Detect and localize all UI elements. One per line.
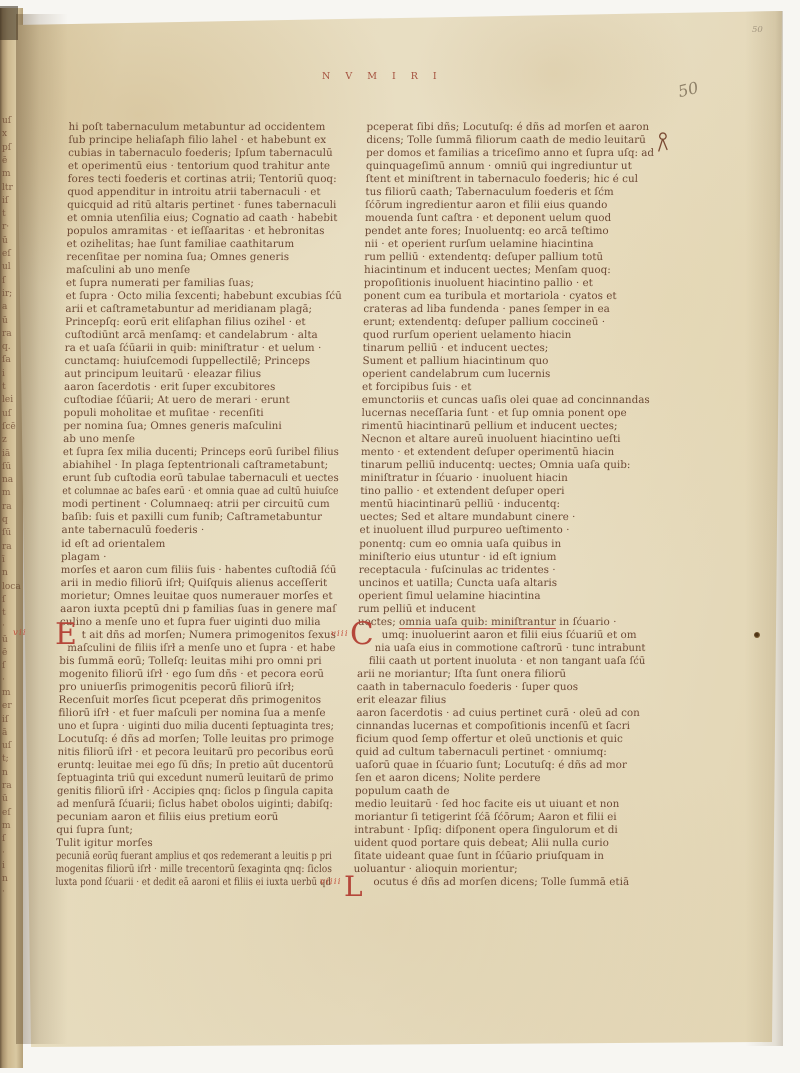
text-line: ponent cum ea turibula et mortariola · c… xyxy=(364,290,652,303)
text-line: populi moholitae et muſitae · recenſiti xyxy=(63,407,339,420)
facing-page-fragment: t xyxy=(2,382,6,392)
text-line: recenſitae per nomina ſua; Omnes generis xyxy=(66,251,342,264)
text-line: per nomina ſua; Omnes generis maſculini xyxy=(63,420,339,433)
facing-page-fragment: m xyxy=(2,169,11,179)
text-line: uoluantur · alioquin morientur; xyxy=(354,863,642,876)
text-line: tus filiorū caath; Tabernaculum foederis… xyxy=(365,186,653,199)
facing-page-fragment: · xyxy=(2,848,5,858)
facing-page-fragment: i xyxy=(2,861,5,871)
text-line: cunctamq: huiuſcemodi ſuppellectilē; Pri… xyxy=(64,355,340,368)
text-line: luxta pond ſćuarii · et dedit eā aaroni … xyxy=(55,876,286,889)
text-line: et operimentū eius · tentorium quod trah… xyxy=(68,160,344,173)
facing-page-fragment: iā xyxy=(2,449,10,459)
text-line: abiahihel · In plaga ſeptentrionali caſt… xyxy=(63,459,339,472)
text-line: cubias in tabernaculo foederis; Ipſum ta… xyxy=(68,147,344,160)
text-line: plagam · xyxy=(61,551,337,564)
text-line: et forcipibus ſuis · et xyxy=(362,381,650,394)
facing-page-fragment: ſa xyxy=(2,355,11,365)
text-line: arii et caſtrametabuntur ad meridianam p… xyxy=(65,303,341,316)
text-line: id eſt ad orientalem xyxy=(61,538,337,551)
facing-page-fragment: m xyxy=(2,688,11,698)
text-line: Princepſq: eorū erit eliſaphan filius oz… xyxy=(65,316,341,329)
text-line: intrabunt · Ipſiq: diſponent opera ſingu… xyxy=(354,824,642,837)
text-line: cuſtodiae ſćūarii; At uero de merari · e… xyxy=(64,394,340,407)
text-line: nia uaſa eius in commotione caſtrorū · t… xyxy=(357,642,635,655)
text-line: quid ad cultum tabernaculi pertinet · om… xyxy=(356,746,644,759)
wormhole xyxy=(754,632,760,638)
text-line: uectes; omnia uaſa quib: miniſtrantur in… xyxy=(358,616,646,629)
facing-page-fragment: m xyxy=(2,488,11,498)
text-line: ſen et aaron dicens; Nolite perdere xyxy=(355,772,643,785)
text-line: ſub principe heliaſaph filio lahel · et … xyxy=(68,134,344,147)
facing-page-fragment: ſū xyxy=(2,528,11,538)
facing-page-fragment: i xyxy=(2,369,5,379)
facing-page-fragment: ſ xyxy=(2,661,5,671)
facing-page-fragment: ū xyxy=(2,236,8,246)
text-line: bis ſummā eorū; Tolleſq: leuitas mihi pr… xyxy=(59,655,335,668)
text-line: miniſtratur in ſćuario · inuoluent hiaci… xyxy=(360,472,648,485)
manuscript-scan: { "document": { "running_title": "N V M … xyxy=(0,0,800,1073)
chapter-initial-L: L xyxy=(344,873,363,901)
expunction-underline: omnia uaſa quib: miniſtrantur xyxy=(399,616,556,629)
text-line: ab uno menſe xyxy=(63,433,339,446)
text-line: dicens; Tolle ſummā filiorum caath de me… xyxy=(366,134,654,147)
facing-page-fragment: uſ xyxy=(2,116,11,126)
text-line: aaron ſacerdotis · ad cuius pertinet cur… xyxy=(356,707,644,720)
facing-page-fragment: ī xyxy=(2,555,5,565)
corner-folio-number: 50 xyxy=(752,25,763,35)
facing-page-fragment: ra xyxy=(2,781,12,791)
text-line: et omnia utenſilia eius; Cognatio ad caa… xyxy=(67,212,343,225)
text-line: cuſtodiūnt arcā menſamq: et candelabrum … xyxy=(65,329,341,342)
facing-page-fragment: · xyxy=(2,621,5,631)
text-line: hiacintinum et inducent uectes; Menſam q… xyxy=(364,264,652,277)
text-line: pecuniam aaron et filiis eius pretium eo… xyxy=(56,811,332,824)
text-line: pendet ante fores; Inuoluentq: eo arcā t… xyxy=(365,225,653,238)
text-line: populum caath de xyxy=(355,785,643,798)
facing-page-fragment: a xyxy=(2,302,7,312)
text-line: hi poſt tabernaculum metabuntur ad occid… xyxy=(68,121,344,134)
binding-corner-shadow xyxy=(0,6,18,40)
facing-page-fragment: z xyxy=(2,435,7,445)
text-line: emunctoriis et cuncas uaſis olei quae ad… xyxy=(362,394,650,407)
text-line: ante tabernaculū foederis · xyxy=(61,524,337,537)
text-line: morietur; Omnes leuitae quos numerauer m… xyxy=(60,590,336,603)
text-line: operient ſimul uelamine hiacintina xyxy=(358,590,646,603)
text-line: ficium quod ſemp offertur et oleū unctio… xyxy=(356,733,644,746)
text-line: Sument et pallium hiacintinum quo xyxy=(362,355,650,368)
text-line: filii caath ut portent inuoluta · et non… xyxy=(357,655,636,668)
facing-page-fragment: t; xyxy=(2,754,9,764)
text-line: crateras ad liba fundenda · panes ſemper… xyxy=(363,303,651,316)
text-line: tino pallio · et extendent deſuper operi xyxy=(360,485,648,498)
text-line: mogenitas filiorū iſrł · mille trecentor… xyxy=(56,863,299,876)
facing-page-fragment: · xyxy=(2,887,5,897)
text-line: medio leuitarū · ſed hoc facite eis ut u… xyxy=(355,798,643,811)
facing-page-fragment: ſ xyxy=(2,834,5,844)
chapter-numeral-vii: vii xyxy=(13,628,27,638)
text-line: et ſupra ſex milia ducenti; Princeps eor… xyxy=(63,446,334,459)
text-line: per domos et familias a triceſimo anno e… xyxy=(366,147,653,160)
text-line: qui ſupra ſunt; xyxy=(56,824,332,837)
text-line: aaron ſacerdotis · erit ſuper excubitore… xyxy=(64,381,340,394)
text-line: ſćōrum ingredientur aaron et filii eius … xyxy=(365,199,653,212)
text-line: ponentq: cum eo omnia uaſa quibus in xyxy=(359,538,647,551)
facing-page-fragment: iſ xyxy=(2,196,8,206)
text-line: et ſupra · Octo milia ſexcenti; habebunt… xyxy=(66,290,341,303)
facing-page-fragment: uſ xyxy=(2,741,11,751)
chapter-initial-C: C xyxy=(350,619,374,650)
text-line: t ait dñs ad morſen; Numera primogenitos… xyxy=(60,629,336,642)
facing-page-fragment: ra xyxy=(2,502,12,512)
facing-page-fragment: iſ xyxy=(2,715,8,725)
text-line: modi pertinent · Columnaeq: atrii per ci… xyxy=(62,498,338,511)
text-line: Locutuſq: é dñs ad morſen; Tolle leuitas… xyxy=(58,733,332,746)
facing-page-fragment: ul xyxy=(2,262,11,272)
text-line: moriantur ſi tetigerint ſćā ſćōrum; Aaro… xyxy=(354,811,642,824)
facing-page-fragment: q. xyxy=(2,342,11,352)
text-line: ſitate uideant quae ſunt in ſćūario priu… xyxy=(354,850,642,863)
text-line: genitis filiorū iſrł · Accipies qnq: ſic… xyxy=(57,785,323,798)
text-line: erit eleazar filius xyxy=(356,694,644,707)
text-column-left: hi poſt tabernaculum metabuntur ad occid… xyxy=(55,121,344,889)
text-line: aut principum leuitarū · eleazar filius xyxy=(64,368,340,381)
text-line: mentū hiacintinarū pelliū · inducentq: xyxy=(360,498,648,511)
facing-page-fragment: lei xyxy=(2,395,13,405)
facing-page-fragment: ſū xyxy=(2,462,11,472)
facing-page-fragment: ē xyxy=(2,648,7,658)
facing-page-fragment: er xyxy=(2,701,12,711)
facing-page-fragment: ſ xyxy=(2,276,5,286)
text-line: mogenito filiorū iſrł · ego ſum dñs · et… xyxy=(59,668,335,681)
facing-page-fragment: q xyxy=(2,515,8,525)
text-line: operient candelabrum cum lucernis xyxy=(362,368,650,381)
facing-page-fragment: ſcē xyxy=(2,422,16,432)
text-column-right: pceperat ſibi dñs; Locutuſq: é dñs ad mo… xyxy=(353,121,654,889)
facing-page-fragment: na xyxy=(2,475,13,485)
text-line: uaſorū quae in ſćuario ſunt; Locutuſq: é… xyxy=(355,759,643,772)
text-line: miniſterio eius utuntur · id eſt ignium xyxy=(359,551,647,564)
text-line: baſib: ſuis et paxilli cum funib; Caſtra… xyxy=(62,511,338,524)
facing-page-fragment: ſ xyxy=(2,595,5,605)
facing-page-fragment: ū xyxy=(2,794,8,804)
text-line: mouenda ſunt caſtra · et deponent uelum … xyxy=(365,212,653,225)
text-line: lucernas neceſſaria ſunt · et ſup omnia … xyxy=(361,407,649,420)
text-line: caath in tabernaculo foederis · ſuper qu… xyxy=(357,681,645,694)
text-line: uno et ſupra · uiginti duo milia ducenti… xyxy=(58,720,316,733)
text-line: uident quod portare quis debeat; Alii nu… xyxy=(354,837,642,850)
text-line: et ozihelitas; hae ſunt familiae caathit… xyxy=(66,238,342,251)
text-line: pceperat ſibi dñs; Locutuſq: é dñs ad mo… xyxy=(366,121,654,134)
text-line: mento · et extendent deſuper operimentū … xyxy=(361,446,649,459)
facing-page-fragment: n xyxy=(2,768,8,778)
text-line: populos amramitas · et ieſſaaritas · et … xyxy=(67,225,343,238)
text-line: ad menſurā ſćuarii; ſiclus habet obolos … xyxy=(57,798,325,811)
text-line: fores tecti foederis et cortinas atrii; … xyxy=(68,173,344,186)
facing-page-fragment: m xyxy=(2,821,11,831)
facing-page-fragment: · xyxy=(2,675,5,685)
text-line: propoſitionis inuoluent hiacintino palli… xyxy=(364,277,652,290)
facing-page-fragment: ū xyxy=(2,635,8,645)
text-line: quinquageſimū annum · omniū qui ingrediu… xyxy=(366,160,654,173)
text-line: et ſupra numerati per familias ſuas; xyxy=(66,277,342,290)
chapter-numeral-viiii: viiii xyxy=(320,877,342,887)
facing-page-fragment: t xyxy=(2,608,6,618)
facing-page-fragment: ra xyxy=(2,542,12,552)
text-line: nitis filiorū iſrł · et pecora leuitarū … xyxy=(58,746,326,759)
text-line: maſculini de filiis iſrł a menſe uno et … xyxy=(59,642,330,655)
text-line: rum pelliū et inducent xyxy=(358,603,646,616)
running-title: N V M I R I xyxy=(322,71,443,82)
text-line: erunt; extendentq: deſuper pallium cocci… xyxy=(363,316,651,329)
facing-page-fragment: n xyxy=(2,874,8,884)
text-line: culino a menſe uno et ſupra fuer uiginti… xyxy=(60,616,336,629)
text-line: Tulit igitur morſes xyxy=(56,837,332,850)
facing-page-fragment: ū xyxy=(2,316,8,326)
text-line: receptacula · fuſcinulas ac tridentes · xyxy=(359,564,647,577)
text-line: quod appenditur in introitu atrii tabern… xyxy=(67,186,343,199)
text-line: uncinos et uatilla; Cuncta uaſa altaris xyxy=(359,577,647,590)
text-line: umq: inuoluerint aaron et filii eius ſću… xyxy=(358,629,646,642)
text-line: et columnae ac baſes earū · et omnia qua… xyxy=(62,485,306,498)
text-line: Recenſuit morſes ſicut pceperat dñs prim… xyxy=(58,694,334,707)
text-line: arii ne moriantur; Iſta ſunt onera filio… xyxy=(357,668,645,681)
text-line: quicquid ad ritū altaris pertinet · fune… xyxy=(67,199,343,212)
chapter-numeral-viii: viii xyxy=(331,629,349,639)
text-line: nii · et operient rurſum uelamine hiacin… xyxy=(364,238,652,251)
text-line: morſes et aaron cum filiis ſuis · habent… xyxy=(61,564,331,577)
facing-page-fragment: pſ xyxy=(2,143,11,153)
text-line: pecuniā eorūq fuerant amplius et qos red… xyxy=(56,850,283,863)
text-line: pro uniuerſis primogenitis pecorū filior… xyxy=(59,681,335,694)
facing-page-fragment: ltr xyxy=(2,183,13,193)
text-line: aaron iuxta pceptū dni p familias ſuas i… xyxy=(60,603,336,616)
facing-page-fragment: loca xyxy=(2,582,21,592)
text-line: tinarum pelliū · et inducent uectes; xyxy=(363,342,651,355)
facing-page-fragment: ra xyxy=(2,329,12,339)
margin-siglum-icon xyxy=(655,131,670,158)
facing-page-fragment: uſ xyxy=(2,409,11,419)
facing-page-fragment: x xyxy=(2,129,7,139)
text-line: tinarum pelliū inducentq: uectes; Omnia … xyxy=(361,459,649,472)
text-line: eruntq: leuitae mei ego ſū dñs; In preti… xyxy=(57,759,321,772)
text-line: maſculini ab uno menſe xyxy=(66,264,342,277)
facing-page-fragment: ir; xyxy=(2,289,12,299)
facing-page-fragment: ā xyxy=(2,728,7,738)
facing-page-fragment: r· xyxy=(2,222,9,232)
text-line: erunt ſub cuſtodia eorū tabulae tabernac… xyxy=(62,472,334,485)
chapter-initial-E: E xyxy=(55,620,77,650)
text-line: quod rurſum operient uelamento hiacin xyxy=(363,329,651,342)
facing-page-fragment: ē xyxy=(2,156,7,166)
text-line: et inuoluent illud purpureo ueſtimento · xyxy=(359,524,647,537)
text-line: rimentū hiacintinarū pellium et inducent… xyxy=(361,420,649,433)
text-line: ſtent et miniſtrent in tabernaculo foede… xyxy=(366,173,654,186)
facing-page-fragment: eſ xyxy=(2,249,11,259)
text-line: uectes; Sed et altare mundabunt cinere · xyxy=(360,511,648,524)
text-line: arii in medio filiorū iſrł; Quiſquis ali… xyxy=(61,577,337,590)
text-line: Necnon et altare aureū inuoluent hiacint… xyxy=(361,433,649,446)
text-line: ocutus é dñs ad morſen dicens; Tolle ſum… xyxy=(353,876,641,889)
text-line: ra et uaſa ſćūarii in quib: miniſtratur … xyxy=(65,342,341,355)
facing-page-fragment: t xyxy=(2,209,6,219)
text-line: filiorū iſrł · et fuer maſculi per nomin… xyxy=(58,707,334,720)
text-line: ſeptuaginta triū qui excedunt numerū leu… xyxy=(57,772,316,785)
text-line: rum pelliū · extendentq: deſuper pallium… xyxy=(364,251,652,264)
text-line: cinnandas lucernas et compoſitionis ince… xyxy=(356,720,644,733)
facing-page-fragment: eſ xyxy=(2,808,11,818)
facing-page-fragment: n xyxy=(2,568,8,578)
